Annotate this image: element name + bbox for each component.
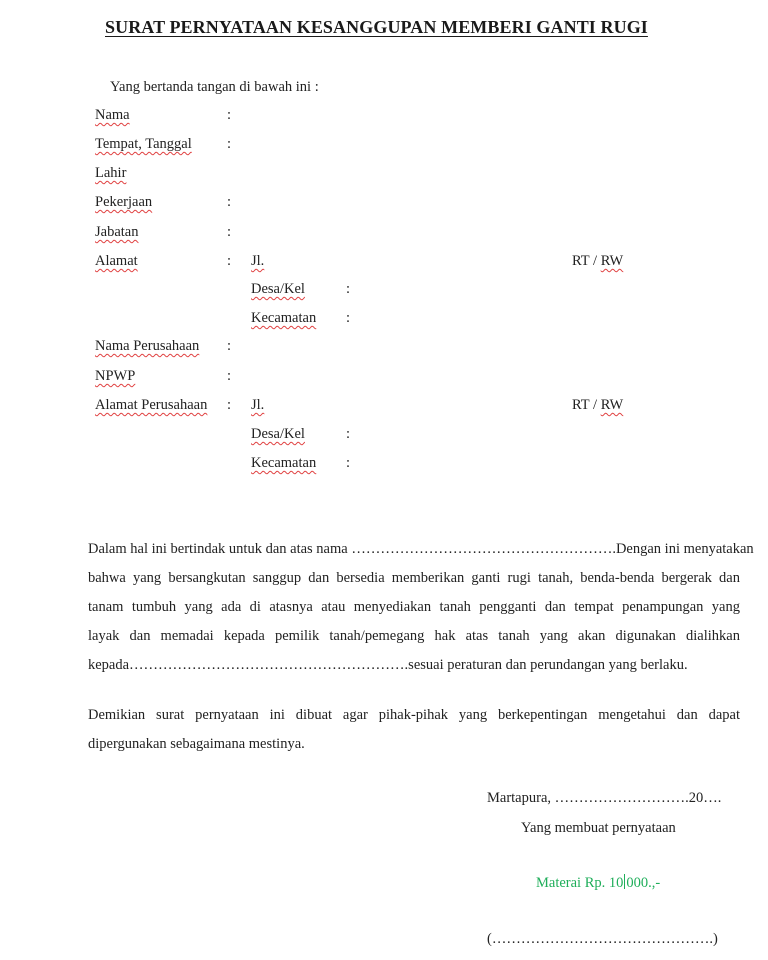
field-label-lahir: Lahir	[95, 165, 126, 182]
paragraph-line: dipergunakan sebagaimana mestinya.	[88, 730, 740, 759]
intro-text: Yang bertanda tangan di bawah ini :	[110, 79, 319, 96]
field-label-desa-kel-perusahaan: Desa/Kel	[251, 426, 305, 443]
field-colon: :	[346, 455, 350, 472]
field-label-kecamatan: Kecamatan	[251, 310, 316, 327]
document-title: SURAT PERNYATAAN KESANGGUPAN MEMBERI GAN…	[105, 17, 648, 38]
maker-label: Yang membuat pernyataan	[521, 820, 676, 837]
field-value-jalan-perusahaan: Jl.	[251, 397, 264, 414]
field-colon: :	[227, 338, 231, 355]
field-label-kecamatan-perusahaan: Kecamatan	[251, 455, 316, 472]
field-label-alamat-perusahaan: Alamat Perusahaan	[95, 397, 207, 414]
paragraph-line: kepada………………………………………………….sesuai peratur…	[88, 651, 740, 680]
field-colon: :	[346, 426, 350, 443]
field-rt-rw: RT / RW	[572, 253, 623, 270]
paragraph-line: Dalam hal ini bertindak untuk dan atas n…	[88, 535, 740, 564]
materai-text-before: Materai Rp. 10	[536, 875, 623, 891]
field-colon: :	[346, 310, 350, 327]
field-label-tempat-tanggal: Tempat, Tanggal	[95, 136, 192, 153]
statement-paragraph: Dalam hal ini bertindak untuk dan atas n…	[88, 535, 740, 680]
field-colon: :	[227, 107, 231, 124]
signature-name-placeholder: (……………………………………….)	[487, 931, 718, 948]
field-value-jalan: Jl.	[251, 253, 264, 270]
field-colon: :	[227, 194, 231, 211]
field-colon: :	[227, 397, 231, 414]
field-colon: :	[227, 136, 231, 153]
field-label-nama-perusahaan: Nama Perusahaan	[95, 338, 199, 355]
field-label-pekerjaan: Pekerjaan	[95, 194, 152, 211]
field-label-alamat: Alamat	[95, 253, 138, 270]
materai-text-after: 000.,-	[626, 875, 660, 891]
field-label-nama: Nama	[95, 107, 130, 124]
field-colon: :	[227, 224, 231, 241]
field-label-npwp: NPWP	[95, 368, 135, 385]
field-colon: :	[227, 368, 231, 385]
paragraph-line: Demikian surat pernyataan ini dibuat aga…	[88, 701, 740, 730]
paragraph-line: tanam tumbuh yang ada di atasnya atau me…	[88, 593, 740, 622]
field-colon: :	[346, 281, 350, 298]
field-colon: :	[227, 253, 231, 270]
place-date: Martapura, ……………………….20….	[487, 790, 721, 807]
field-label-desa-kel: Desa/Kel	[251, 281, 305, 298]
field-rt-rw-perusahaan: RT / RW	[572, 397, 623, 414]
materai-stamp-text: Materai Rp. 10000.,-	[536, 874, 660, 892]
field-label-jabatan: Jabatan	[95, 224, 138, 241]
paragraph-line: layak dan memadai kepada pemilik tanah/p…	[88, 622, 740, 651]
paragraph-line: bahwa yang bersangkutan sanggup dan bers…	[88, 564, 740, 593]
closing-paragraph: Demikian surat pernyataan ini dibuat aga…	[88, 701, 740, 759]
